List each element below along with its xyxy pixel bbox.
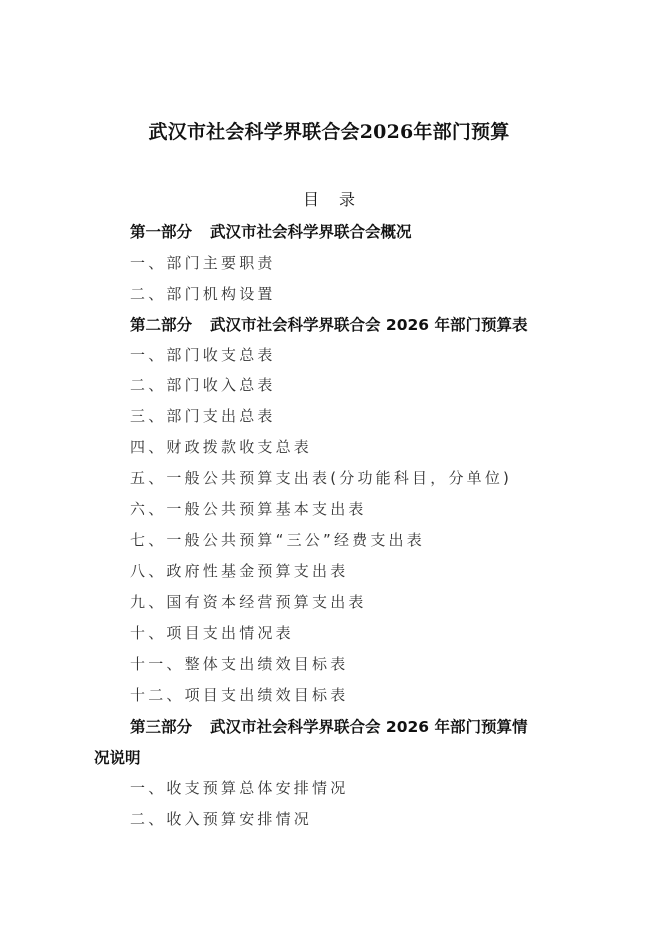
toc-item[interactable]: 五、一般公共预算支出表(分功能科目，分单位) (130, 467, 512, 488)
toc-item[interactable]: 一、部门主要职责 (130, 252, 276, 273)
toc-heading-char-2: 录 (339, 187, 355, 210)
toc-item[interactable]: 六、一般公共预算基本支出表 (130, 498, 367, 519)
toc-part-3-title-wrap[interactable]: 况说明 (94, 746, 141, 768)
toc-item[interactable]: 十二、项目支出绩效目标表 (130, 684, 348, 705)
toc-item[interactable]: 二、收入预算安排情况 (130, 808, 312, 829)
toc-item[interactable]: 四、财政拨款收支总表 (130, 436, 312, 457)
toc-part-2[interactable]: 第二部分武汉市社会科学界联合会 2026 年部门预算表 (130, 313, 527, 335)
part-title: 武汉市社会科学界联合会 2026 年部门预算表 (210, 316, 527, 334)
toc-heading-char-1: 目 (303, 187, 319, 210)
toc-item[interactable]: 三、部门支出总表 (130, 405, 276, 426)
part-title: 武汉市社会科学界联合会概况 (210, 223, 412, 241)
part-label: 第一部分 (130, 220, 192, 242)
part-label: 第三部分 (130, 715, 192, 737)
toc-part-1[interactable]: 第一部分武汉市社会科学界联合会概况 (130, 220, 412, 242)
toc-item[interactable]: 十、项目支出情况表 (130, 622, 294, 643)
toc-item[interactable]: 十一、整体支出绩效目标表 (130, 653, 348, 674)
document-page: 武汉市社会科学界联合会2026年部门预算 目录 第一部分武汉市社会科学界联合会概… (0, 0, 658, 931)
toc-item[interactable]: 八、政府性基金预算支出表 (130, 560, 348, 581)
toc-item[interactable]: 九、国有资本经营预算支出表 (130, 591, 367, 612)
toc-item[interactable]: 一、收支预算总体安排情况 (130, 777, 348, 798)
toc-heading: 目录 (0, 187, 658, 210)
document-title: 武汉市社会科学界联合会2026年部门预算 (0, 117, 658, 144)
toc-item[interactable]: 二、部门机构设置 (130, 283, 276, 304)
part-label: 第二部分 (130, 313, 192, 335)
toc-part-3[interactable]: 第三部分武汉市社会科学界联合会 2026 年部门预算情 (130, 715, 527, 737)
toc-item[interactable]: 七、一般公共预算“三公”经费支出表 (130, 529, 425, 550)
part-title: 武汉市社会科学界联合会 2026 年部门预算情 (210, 718, 527, 736)
toc-item[interactable]: 一、部门收支总表 (130, 344, 276, 365)
toc-item[interactable]: 二、部门收入总表 (130, 374, 276, 395)
